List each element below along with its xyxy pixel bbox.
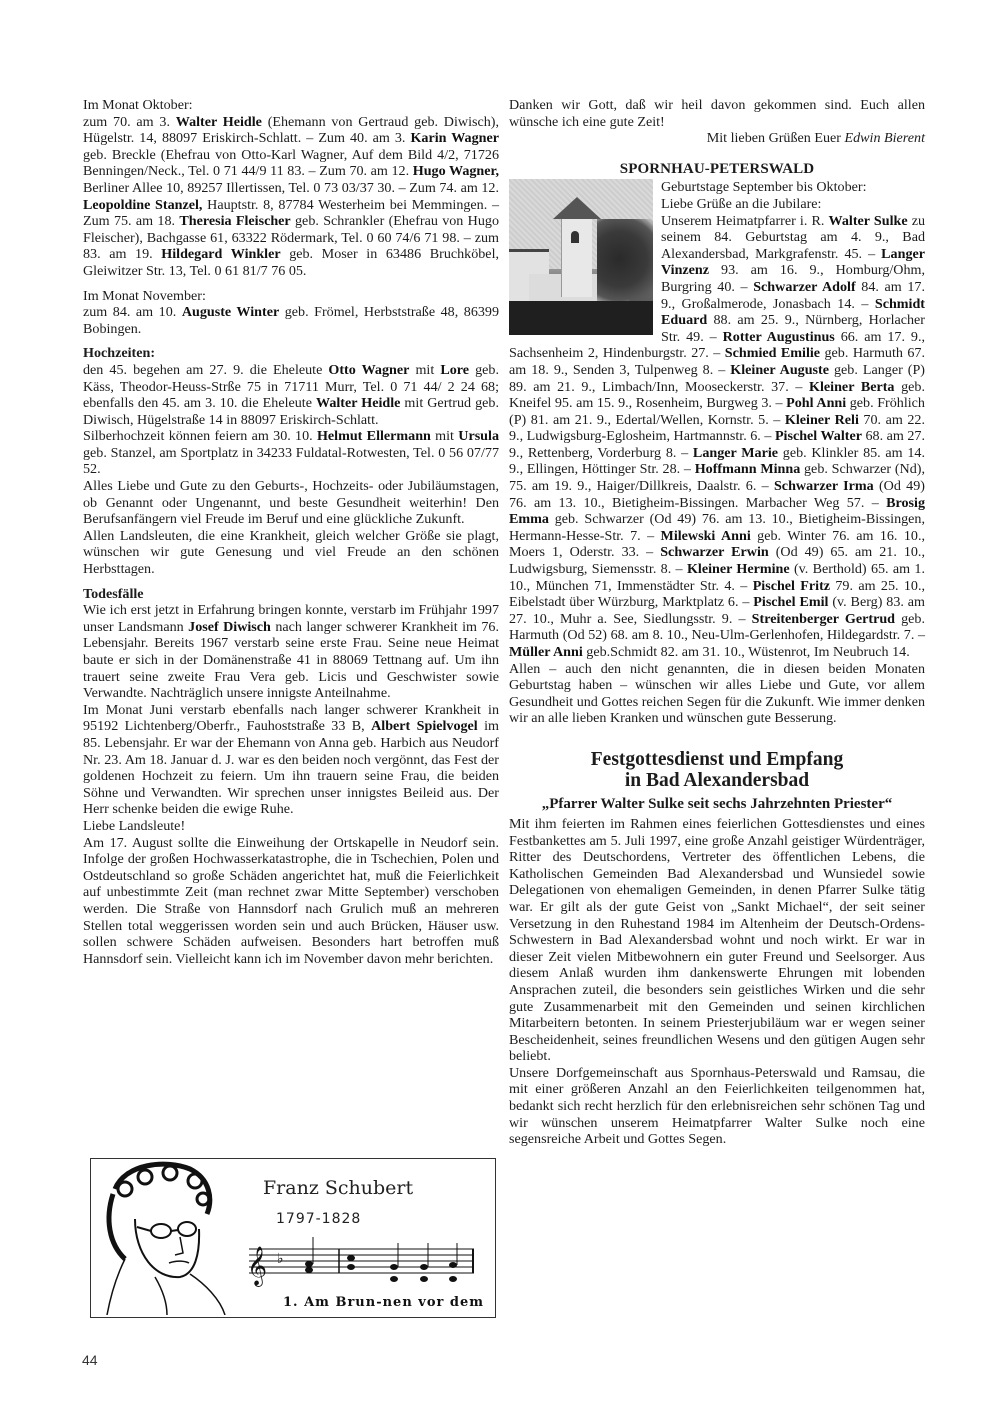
article-paragraph-1: Mit ihm feierten im Rahmen eines feierli… bbox=[509, 816, 925, 1065]
bold-name: Streitenberger Gertrud bbox=[752, 611, 895, 627]
closing-paragraph: Danken wir Gott, daß wir heil davon geko… bbox=[509, 97, 925, 130]
bold-name: Hoffmann Minna bbox=[695, 461, 801, 477]
schubert-illustration: Franz Schubert 1797-1828 𝄞 ♭ 1. Am Brun-… bbox=[90, 1158, 496, 1318]
closing-greeting: Mit lieben Grüßen Euer bbox=[707, 130, 845, 146]
bold-name: Langer Vinzenz bbox=[661, 246, 925, 279]
church-photo bbox=[509, 179, 655, 339]
bold-name: Theresia Fleischer bbox=[179, 213, 290, 229]
bold-name: Pohl Anni bbox=[786, 395, 846, 411]
article-title: Festgottesdienst und Empfang in Bad Alex… bbox=[509, 749, 925, 791]
bold-name: Helmut Ellermann bbox=[317, 428, 431, 444]
bold-name: Auguste Winter bbox=[182, 304, 279, 320]
hochzeiten-paragraph-3: Alles Liebe und Gute zu den Geburts-, Ho… bbox=[83, 478, 499, 528]
spornhau-heading: SPORNHAU-PETERSWALD bbox=[509, 161, 925, 178]
bold-name: Kleiner Auguste bbox=[730, 362, 829, 378]
bold-name: Walter Heidle bbox=[316, 395, 400, 411]
left-column: Im Monat Oktober: zum 70. am 3. Walter H… bbox=[83, 97, 499, 967]
bold-name: Otto Wagner bbox=[328, 362, 409, 378]
bold-name: Schmied Emilie bbox=[725, 345, 820, 361]
schubert-lyrics: 1. Am Brun-nen vor dem bbox=[283, 1295, 484, 1310]
bold-name: Kleiner Hermine bbox=[687, 561, 790, 577]
article-subtitle: „Pfarrer Walter Sulke seit sechs Jahrzeh… bbox=[509, 795, 925, 813]
bold-name: Schmidt Eduard bbox=[661, 296, 925, 329]
bold-name: Müller Anni bbox=[509, 644, 583, 660]
bold-name: Walter Sulke bbox=[829, 213, 908, 229]
todesfaelle-paragraph-2: Im Monat Juni verstarb ebenfalls nach la… bbox=[83, 702, 499, 818]
schubert-years: 1797-1828 bbox=[276, 1211, 361, 1227]
bold-name: Hildegard Winkler bbox=[161, 246, 280, 262]
closing-signature: Mit lieben Grüßen Euer Edwin Bierent bbox=[509, 130, 925, 147]
bold-name: Brosig Emma bbox=[509, 495, 925, 528]
oktober-birthdays: zum 70. am 3. Walter Heidle (Ehemann von… bbox=[83, 114, 499, 280]
article-title-line-2: in Bad Alexandersbad bbox=[509, 770, 925, 791]
bold-name: Walter Heidle bbox=[176, 114, 262, 130]
bold-name: Schwarzer Irma bbox=[774, 478, 874, 494]
bold-name: Milewski Anni bbox=[661, 528, 751, 544]
november-heading: Im Monat November: bbox=[83, 288, 499, 305]
todesfaelle-paragraph-3: Liebe Landsleute! bbox=[83, 818, 499, 835]
bold-name: Albert Spielvogel bbox=[371, 718, 478, 734]
bold-name: Schwarzer Adolf bbox=[753, 279, 855, 295]
hochzeiten-heading: Hochzeiten: bbox=[83, 345, 499, 362]
spornhau-wishes: Allen – auch den nicht genannten, die in… bbox=[509, 661, 925, 727]
todesfaelle-paragraph-1: Wie ich erst jetzt in Erfahrung bringen … bbox=[83, 602, 499, 702]
bold-name: Kleiner Reli bbox=[785, 412, 859, 428]
bold-name: Hugo Wagner, bbox=[413, 163, 499, 179]
page-number: 44 bbox=[82, 1352, 98, 1368]
svg-text:𝄞: 𝄞 bbox=[247, 1246, 267, 1287]
right-column: Danken wir Gott, daß wir heil davon geko… bbox=[509, 97, 925, 1148]
music-staff-icon: 𝄞 ♭ bbox=[239, 1237, 479, 1297]
bold-name: Lore bbox=[440, 362, 469, 378]
bold-name: Pischel Walter bbox=[775, 428, 862, 444]
bold-name: Rotter Augustinus bbox=[723, 329, 835, 345]
bold-name: Karin Wagner bbox=[410, 130, 499, 146]
hochzeiten-paragraph-2: Silberhochzeit können feiern am 30. 10. … bbox=[83, 428, 499, 478]
bold-name: Langer Marie bbox=[693, 445, 778, 461]
article-title-line-1: Festgottesdienst und Empfang bbox=[509, 749, 925, 770]
bold-name: Schwarzer Erwin bbox=[660, 544, 769, 560]
hochzeiten-paragraph-4: Allen Landsleuten, die eine Krankheit, g… bbox=[83, 528, 499, 578]
article-paragraph-2: Unsere Dorfgemeinschaft aus Spornhaus-Pe… bbox=[509, 1065, 925, 1148]
hochzeiten-paragraph-1: den 45. begehen am 27. 9. die Eheleute O… bbox=[83, 362, 499, 428]
closing-author: Edwin Bierent bbox=[844, 130, 925, 146]
bold-name: Kleiner Berta bbox=[809, 379, 894, 395]
bold-name: Leopoldine Stanzel, bbox=[83, 197, 202, 213]
november-birthdays: zum 84. am 10. Auguste Winter geb. Fröme… bbox=[83, 304, 499, 337]
svg-text:♭: ♭ bbox=[277, 1251, 284, 1267]
schubert-name: Franz Schubert bbox=[263, 1177, 413, 1199]
bold-name: Josef Diwisch bbox=[188, 619, 271, 635]
bold-name: Ursula bbox=[458, 428, 499, 444]
bold-name: Pischel Fritz bbox=[753, 578, 830, 594]
oktober-heading: Im Monat Oktober: bbox=[83, 97, 499, 114]
bold-name: Pischel Emil bbox=[753, 594, 828, 610]
todesfaelle-paragraph-4: Am 17. August sollte die Einweihung der … bbox=[83, 835, 499, 968]
todesfaelle-heading: Todesfälle bbox=[83, 586, 499, 603]
schubert-portrait-icon bbox=[95, 1159, 245, 1315]
